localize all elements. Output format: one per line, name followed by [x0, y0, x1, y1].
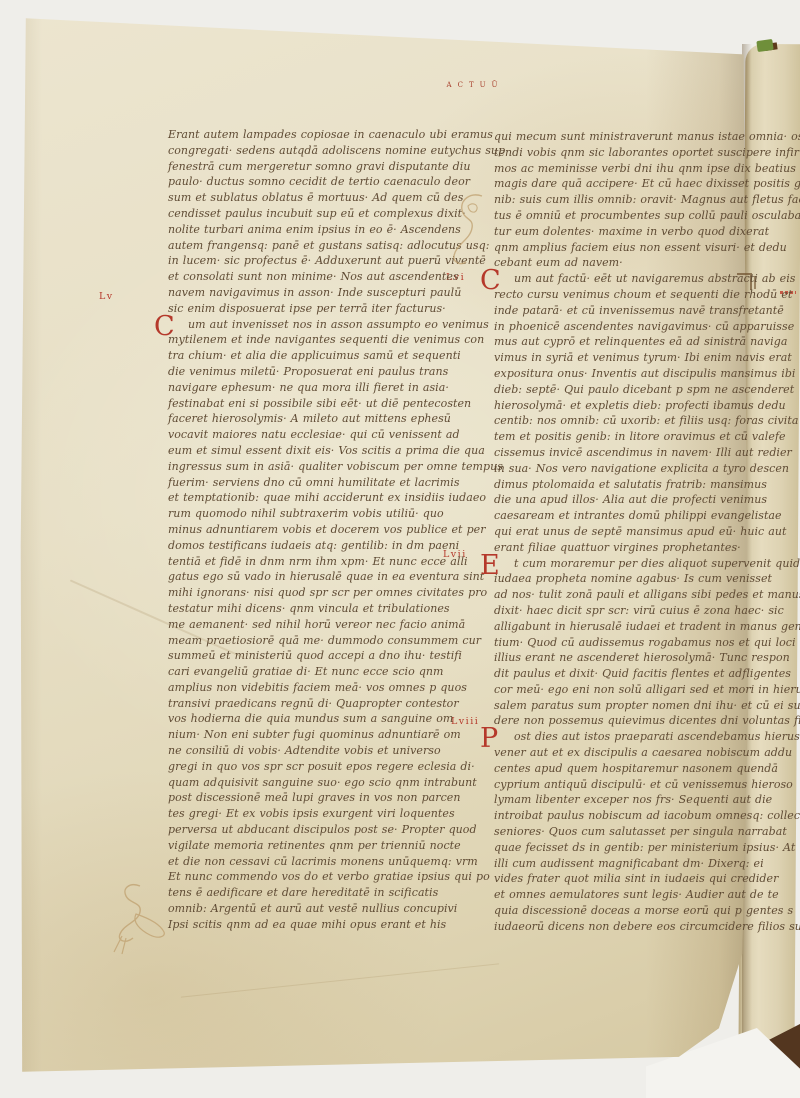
- text-line: cebant eum ad navem·: [494, 255, 770, 271]
- text-line: tra chium· et alia die applicuimus samū …: [168, 348, 464, 364]
- text-line: cor meū· ego eni non solū alligari sed e…: [494, 682, 770, 698]
- text-line: Et cum moraremur per dies aliquot superv…: [494, 556, 770, 572]
- text-column-left: Erant autem lampades copiosae in caenacu…: [168, 127, 464, 933]
- text-line: qnm amplius faciem eius non essent visur…: [494, 240, 770, 256]
- text-line: rum quomodo nihil subtraxerim vobis util…: [168, 506, 464, 522]
- text-line: centes apud quem hospitaremur nasonem qu…: [494, 761, 770, 777]
- text-line: sic enim disposuerat ipse per terrā iter…: [168, 301, 464, 317]
- text-line: perversa ut abducant discipulos post se·…: [168, 822, 464, 838]
- text-line: eum et simul essent dixit eis· Vos sciti…: [168, 443, 464, 459]
- text-line: me aemanent· sed nihil horū vereor nec f…: [168, 617, 464, 633]
- text-line: alligabunt in hierusalē iudaei et traden…: [494, 619, 770, 635]
- text-line: post discessionē meā lupi graves in vos …: [168, 790, 464, 806]
- text-line: testatur mihi dicens· qnm vincula et tri…: [168, 601, 464, 617]
- text-line: tus ē omniū et procumbentes sup collū pa…: [494, 208, 770, 224]
- text-line: transivi praedicans regnū di· Quapropter…: [168, 696, 464, 712]
- text-line: sum et sublatus oblatus ē mortuus· Ad qu…: [168, 190, 464, 206]
- text-line: caesaream et intrantes domū philippi eva…: [494, 508, 770, 524]
- text-line: Post dies aut istos praeparati ascendeba…: [494, 729, 770, 745]
- text-line: cissemus invicē ascendimus in navem· Ill…: [494, 445, 770, 461]
- text-line: gregi in quo vos spr scr posuit epos reg…: [168, 759, 464, 775]
- text-line: autem frangensq: panē et gustans satisq:…: [168, 238, 464, 254]
- text-line: ne consiliū di vobis· Adtendite vobis et…: [168, 743, 464, 759]
- text-line: tes gregi· Et ex vobis ipsis exurgent vi…: [168, 806, 464, 822]
- text-line: in sua· Nos vero navigatione explicita a…: [494, 461, 770, 477]
- text-line: seniores· Quos cum salutasset per singul…: [494, 824, 770, 840]
- text-line: Cum aut factū· eēt ut navigaremus abstra…: [494, 271, 770, 287]
- text-line: dimus ptolomaida et salutatis fratrib: m…: [494, 477, 770, 493]
- text-line: tem et positis genib: in litore oravimus…: [494, 429, 770, 445]
- text-line: die venimus miletū· Proposuerat eni paul…: [168, 364, 464, 380]
- text-line: expositura onus· Inventis aut discipulis…: [494, 366, 770, 382]
- text-line: festinabat eni si possibile sibi eēt· ut…: [168, 396, 464, 412]
- text-line: quam adquisivit sanguine suo· ego scio q…: [168, 775, 464, 791]
- text-line: fenestrā cum mergeretur somno gravi disp…: [168, 159, 464, 175]
- text-line: navem navigavimus in asson· Inde suscept…: [168, 285, 464, 301]
- margin-sketch-figure: [448, 190, 496, 270]
- text-line: gatus ego sū vado in hierusalē quae in e…: [168, 569, 464, 585]
- running-title: actuū: [420, 79, 530, 90]
- text-line: hierosolymā· et expletis dieb: profecti …: [494, 398, 770, 414]
- text-line: mos ac meminisse verbi dni ihu qnm ipse …: [494, 161, 770, 177]
- text-line: meam praetiosiorē quā me· dummodo consum…: [168, 633, 464, 649]
- text-line: Cum aut invenisset nos in asson assumpto…: [168, 317, 464, 333]
- text-line: dixit· haec dicit spr scr: virū cuius ē …: [494, 603, 770, 619]
- text-line: vocavit maiores natu ecclesiae· qui cū v…: [168, 427, 464, 443]
- text-line: Ipsi scitis qnm ad ea quae mihi opus era…: [168, 917, 464, 933]
- text-line: et consolati sunt non minime· Nos aut as…: [168, 269, 464, 285]
- text-line: mus aut cyprō et relinquentes eā ad sini…: [494, 334, 770, 350]
- text-line: iudaeorū dicens non debere eos circumcid…: [494, 919, 770, 935]
- text-line: qui erat unus de septē mansimus apud eū·…: [494, 524, 770, 540]
- text-line: illi cum audissent magnificabant dm· Dix…: [494, 856, 770, 872]
- text-line: omnib: Argentū et aurū aut vestē nullius…: [168, 901, 464, 917]
- text-line: vener aut et ex discipulis a caesarea no…: [494, 745, 770, 761]
- text-line: tium· Quod cū audissemus rogabamus nos e…: [494, 635, 770, 651]
- text-line: tens ē aedificare et dare hereditatē in …: [168, 885, 464, 901]
- text-line: faceret hierosolymis· A mileto aut mitte…: [168, 411, 464, 427]
- text-line: nium· Non eni subter fugi quominus adnun…: [168, 727, 464, 743]
- text-line: in lucem· sic profectus ē· Adduxerunt au…: [168, 253, 464, 269]
- text-line: summeū et ministeriū quod accepi a dno i…: [168, 648, 464, 664]
- text-line: quia discessionē doceas a morse eorū qui…: [494, 903, 770, 919]
- text-line: illius erant ne ascenderet hierosolymā· …: [494, 650, 770, 666]
- text-line: ad nos· tulit zonā pauli et alligans sib…: [494, 587, 770, 603]
- text-line: minus adnuntiarem vobis et docerem vos p…: [168, 522, 464, 538]
- text-line: dit paulus et dixit· Quid facitis flente…: [494, 666, 770, 682]
- text-line: vimus in syriā et venimus tyrum· Ibi eni…: [494, 350, 770, 366]
- text-line: Erant autem lampades copiosae in caenacu…: [168, 127, 464, 143]
- text-line: cyprium antiquū discipulū· et cū venisse…: [494, 777, 770, 793]
- text-line: amplius non videbitis faciem meā· vos om…: [168, 680, 464, 696]
- text-line: domos testificans iudaeis atq: gentilib:…: [168, 538, 464, 554]
- text-line: recto cursu venimus choum et sequenti di…: [494, 287, 770, 303]
- text-line: et omnes aemulatores sunt legis· Audier …: [494, 887, 770, 903]
- text-line: nib: suis cum illis omnib: oravit· Magnu…: [494, 192, 770, 208]
- text-line: dere non possemus quievimus dicentes dni…: [494, 713, 770, 729]
- text-line: dieb: septē· Qui paulo dicebant p spm ne…: [494, 382, 770, 398]
- text-line: tendi vobis qnm sic laborantes oportet s…: [494, 145, 770, 161]
- text-line: quae fecisset ds in gentib: per minister…: [494, 840, 770, 856]
- text-line: centib: nos omnib: cū uxorib: et filiis …: [494, 413, 770, 429]
- text-line: Et nunc commendo vos do et verbo gratiae…: [168, 869, 464, 885]
- text-line: ingressus sum in asiā· qualiter vobiscum…: [168, 459, 464, 475]
- green-bookmark: [756, 39, 773, 52]
- text-line: cari evangeliū gratiae di· Et nunc ecce …: [168, 664, 464, 680]
- text-line: magis dare quā accipere· Et cū haec dixi…: [494, 176, 770, 192]
- text-line: et die non cessavi cū lacrimis monens un…: [168, 854, 464, 870]
- text-line: mihi ignorans· nisi quod spr scr per omn…: [168, 585, 464, 601]
- text-line: erant filiae quattuor virgines prophetan…: [494, 540, 770, 556]
- manuscript-photo: actuū Lv Lvi Lvii Lviii Erant autem lamp…: [0, 0, 800, 1098]
- text-line: introibat paulus nobiscum ad iacobum omn…: [494, 808, 770, 824]
- text-line: cendisset paulus incubuit sup eū et comp…: [168, 206, 464, 222]
- text-column-right: qui mecum sunt ministraverunt manus ista…: [494, 129, 770, 935]
- text-line: iudaea propheta nomine agabus· Is cum ve…: [494, 571, 770, 587]
- text-line: paulo· ductus somno cecidit de tertio ca…: [168, 174, 464, 190]
- text-line: vigilate memoria retinentes qnm per trie…: [168, 838, 464, 854]
- text-line: vides frater quot milia sint in iudaeis …: [494, 871, 770, 887]
- margin-sketch-bird: [106, 880, 176, 960]
- text-line: nolite turbari anima enim ipsius in eo ē…: [168, 222, 464, 238]
- text-line: fuerim· serviens dno cū omni humilitate …: [168, 475, 464, 491]
- text-line: tentiā et fidē in dnm nrm ihm xpm· Et nu…: [168, 554, 464, 570]
- text-line: tur eum dolentes· maxime in verbo quod d…: [494, 224, 770, 240]
- text-line: inde patarā· et cū invenissemus navē tra…: [494, 303, 770, 319]
- text-line: mytilenem et inde navigantes sequenti di…: [168, 332, 464, 348]
- text-line: navigare ephesum· ne qua mora illi fiere…: [168, 380, 464, 396]
- text-line: lymam libenter exceper nos frs· Sequenti…: [494, 792, 770, 808]
- text-line: vos hodierna die quia mundus sum a sangu…: [168, 711, 464, 727]
- text-line: die una apud illos· Alia aut die profect…: [494, 492, 770, 508]
- text-line: in phoenicē ascendentes navigavimus· cū …: [494, 319, 770, 335]
- text-line: congregati· sedens autqdā adoliscens nom…: [168, 143, 464, 159]
- text-line: qui mecum sunt ministraverunt manus ista…: [494, 129, 770, 145]
- text-line: et temptationib: quae mihi acciderunt ex…: [168, 490, 464, 506]
- text-line: salem paratus sum propter nomen dni ihu·…: [494, 698, 770, 714]
- margin-chapter-numeral-lv: Lv: [99, 291, 114, 302]
